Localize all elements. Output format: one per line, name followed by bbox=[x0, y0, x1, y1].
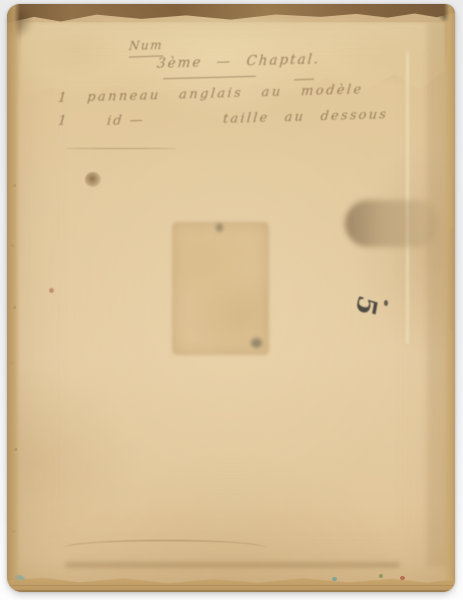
board-verso: Num 3ème — Chaptal. 1 panneau anglais au… bbox=[7, 4, 455, 592]
photo-background: Num 3ème — Chaptal. 1 panneau anglais au… bbox=[0, 0, 463, 600]
board-left-edge bbox=[7, 4, 20, 592]
board-vignette bbox=[7, 4, 455, 592]
board-right-edge bbox=[444, 4, 455, 592]
